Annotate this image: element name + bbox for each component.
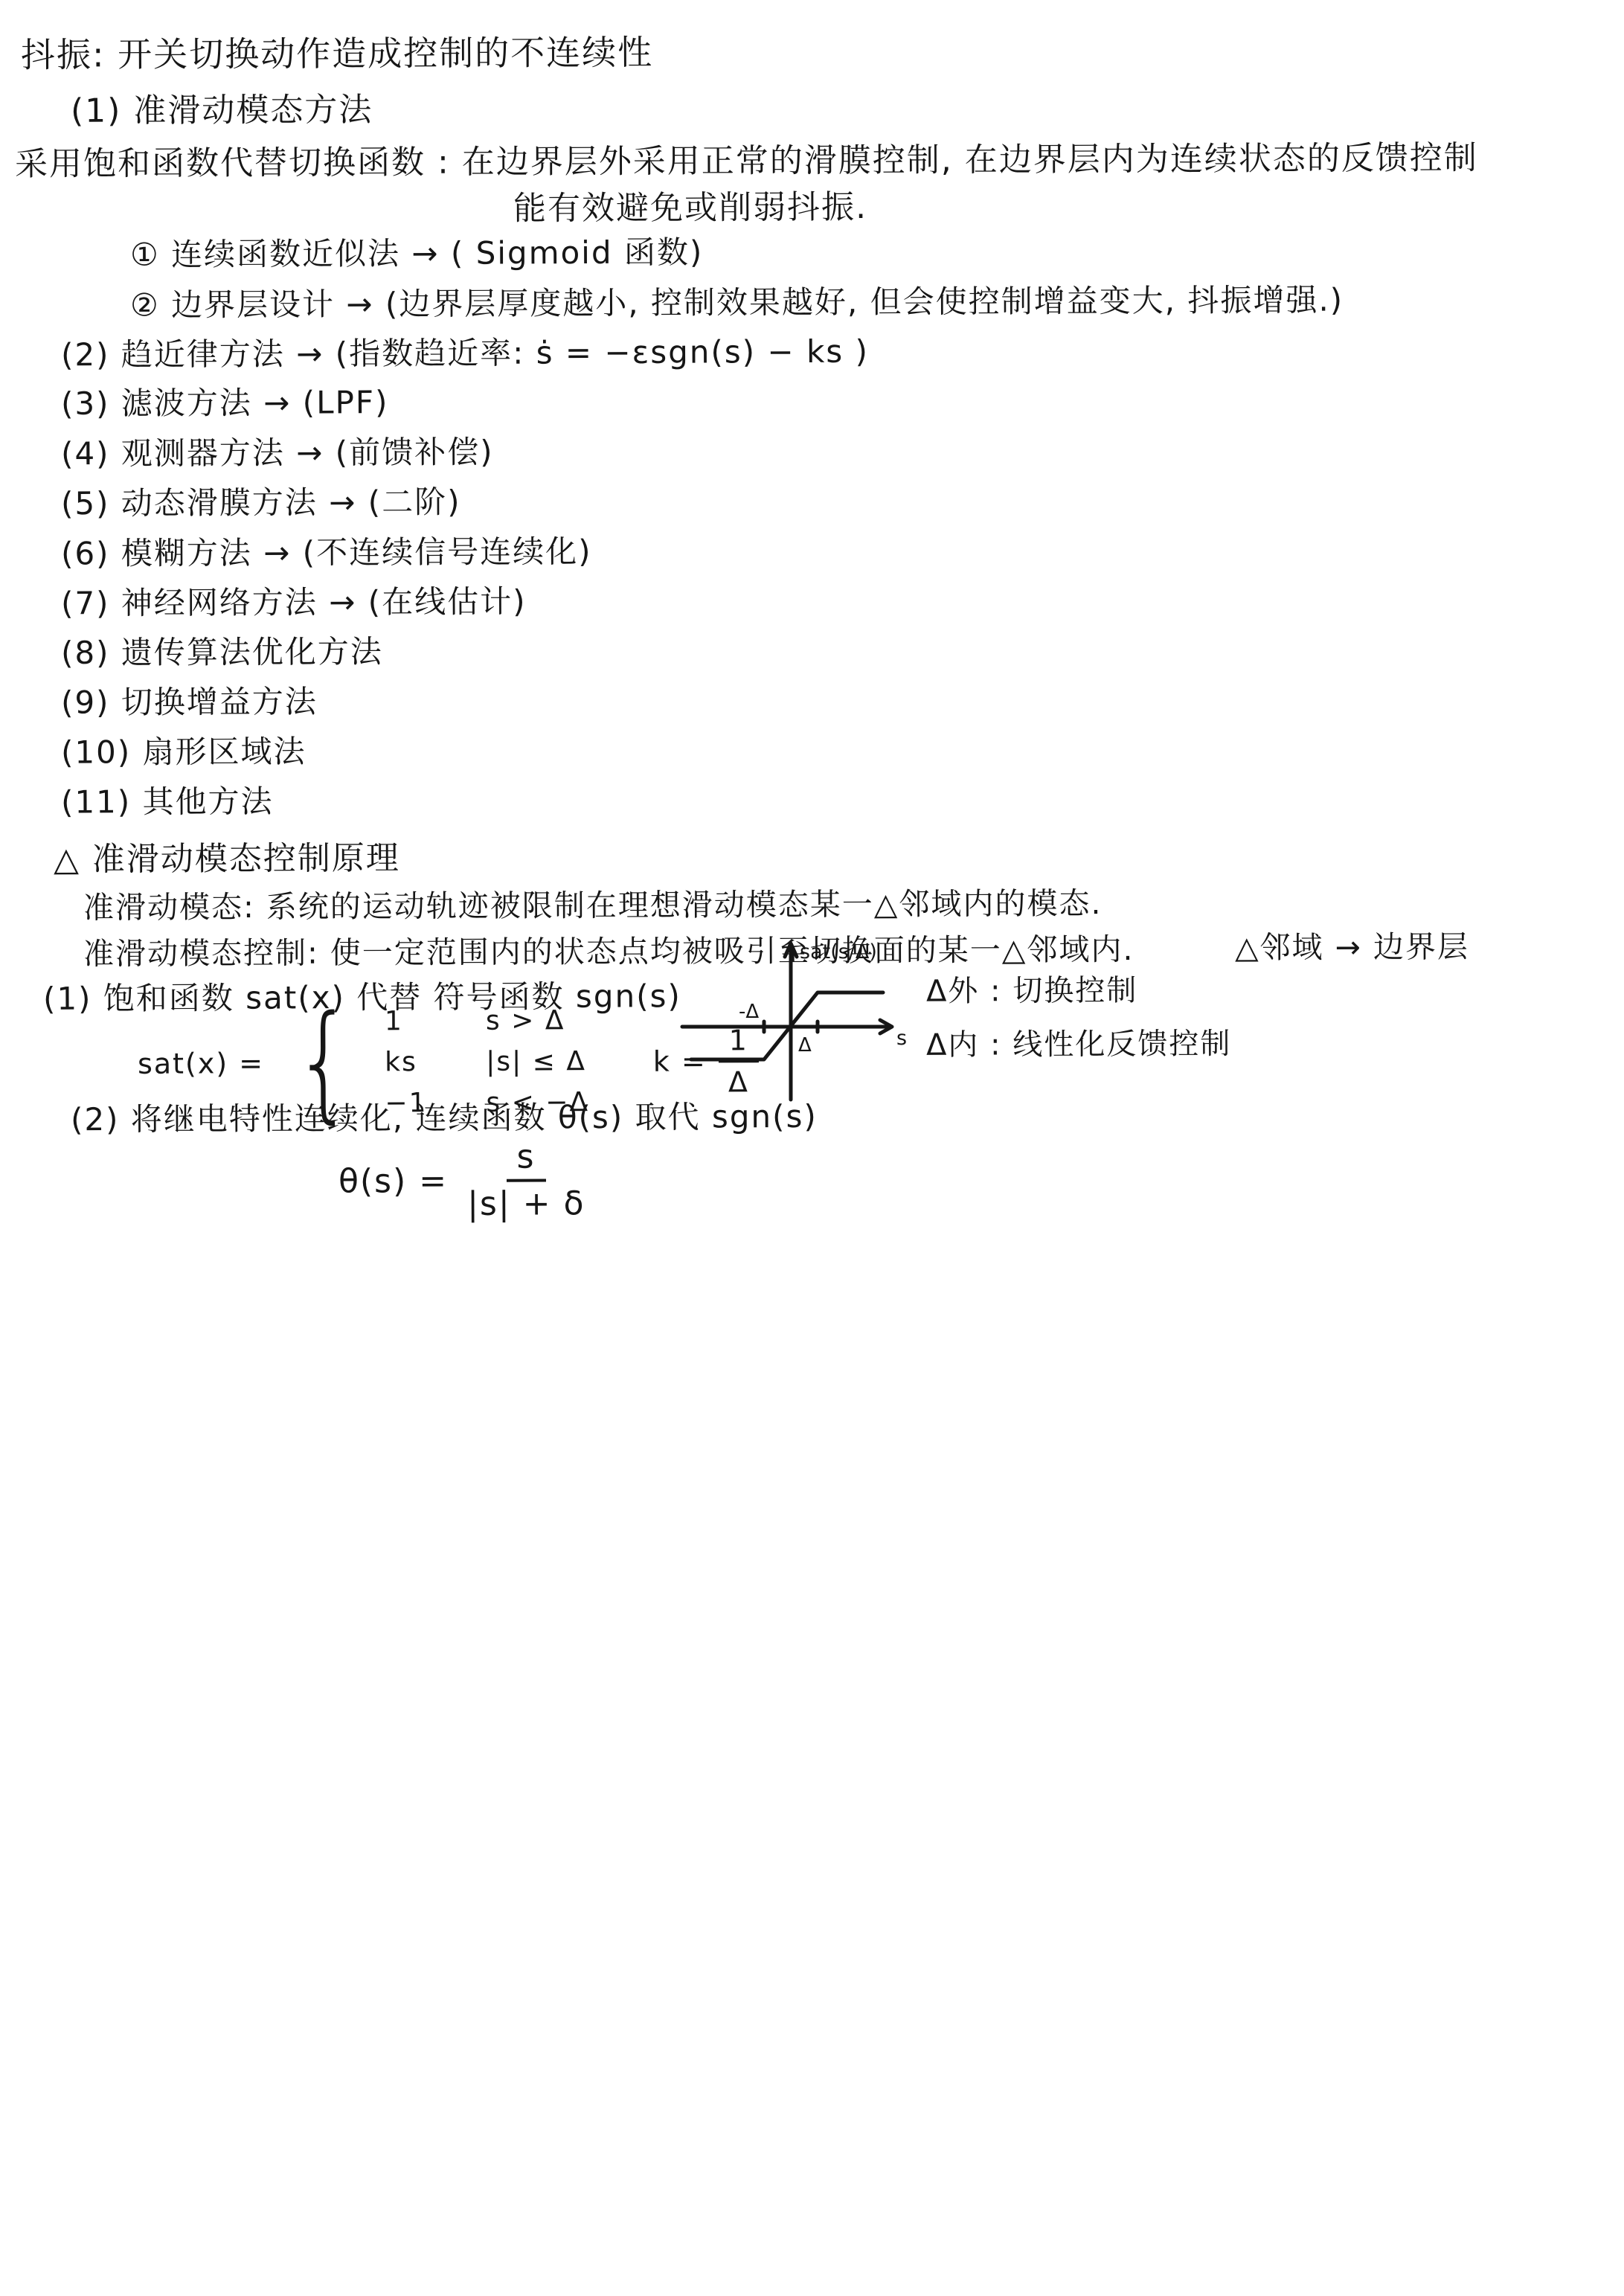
notebook-page: 抖振: 开关切换动作造成控制的不连续性 (1) 准滑动模态方法 采用饱和函数代替…	[0, 0, 1624, 2296]
method-item-2: (2) 趋近律方法 → (指数趋近率: ṡ = −εsgn(s) − ks )	[61, 327, 869, 376]
graph-neg-delta-label: -Δ	[739, 1001, 759, 1023]
note-inside-delta: Δ内 : 线性化反馈控制	[926, 1020, 1232, 1064]
sat-case-2: ks |s| ≤ Δ	[385, 1046, 589, 1077]
case2-condition: |s| ≤ Δ	[486, 1046, 586, 1077]
note-outside-delta: Δ外 : 切换控制	[926, 966, 1138, 1010]
method-item-9: (9) 切换增益方法	[61, 677, 318, 723]
graph-xlabel: s	[896, 1027, 907, 1050]
graph-pos-delta-label: Δ	[798, 1034, 812, 1056]
page-title: 抖振: 开关切换动作造成控制的不连续性	[21, 25, 653, 77]
delta-neighborhood-note: △邻域 → 边界层	[1235, 922, 1469, 966]
method-item-4: (4) 观测器方法 → (前馈补偿)	[61, 428, 494, 475]
graph-ylabel: sat(s/Δ)	[800, 940, 877, 963]
sat-lhs: sat(x) =	[138, 1047, 264, 1080]
method1-heading: (1) 准滑动模态方法	[71, 83, 373, 132]
method1-description-line2: 能有效避免或削弱抖振.	[513, 180, 867, 229]
theta-denominator: |s| + δ	[467, 1181, 585, 1223]
principle-definition-1: 准滑动模态: 系统的运动轨迹被限制在理想滑动模态某一△邻域内的模态.	[83, 879, 1103, 927]
method-item-5: (5) 动态滑膜方法 → (二阶)	[61, 478, 461, 524]
theta-function-definition: θ(s) = s |s| + δ	[338, 1138, 585, 1223]
method1-description-line1: 采用饱和函数代替切换函数 : 在边界层外采用正常的滑膜控制, 在边界层内为连续状…	[15, 131, 1478, 185]
case1-value: 1	[385, 1006, 444, 1036]
saturation-graph: sat(s/Δ) -Δ Δ s	[673, 936, 919, 1118]
method-item-7: (7) 神经网络方法 → (在线估计)	[61, 577, 527, 624]
method1-subitem-2: ② 边界层设计 → (边界层厚度越小, 控制效果越好, 但会使控制增益变大, 抖…	[130, 275, 1344, 325]
method-item-10: (10) 扇形区域法	[61, 727, 306, 772]
principle-item2-heading: (2) 将继电特性连续化, 连续函数 θ(s) 取代 sgn(s)	[71, 1092, 818, 1140]
principle-definition-2: 准滑动模态控制: 使一定范围内的状态点均被吸引至切换面的某一△邻域内.	[83, 925, 1134, 973]
sat-case-1: 1 s > Δ	[385, 1005, 589, 1036]
method-item-3: (3) 滤波方法 → (LPF)	[61, 378, 389, 424]
method-item-8: (8) 遗传算法优化方法	[61, 627, 383, 673]
theta-numerator: s	[506, 1138, 545, 1182]
theta-fraction: s |s| + δ	[467, 1138, 585, 1223]
method-item-6: (6) 模糊方法 → (不连续信号连续化)	[61, 527, 592, 574]
case1-condition: s > Δ	[486, 1005, 565, 1036]
case2-value: ks	[385, 1047, 444, 1077]
principle-heading: △ 准滑动模态控制原理	[54, 831, 400, 880]
theta-lhs: θ(s) =	[338, 1162, 448, 1201]
method1-subitem-1: ① 连续函数近似法 → ( Sigmoid 函数)	[130, 228, 704, 275]
method-item-11: (11) 其他方法	[61, 777, 274, 822]
